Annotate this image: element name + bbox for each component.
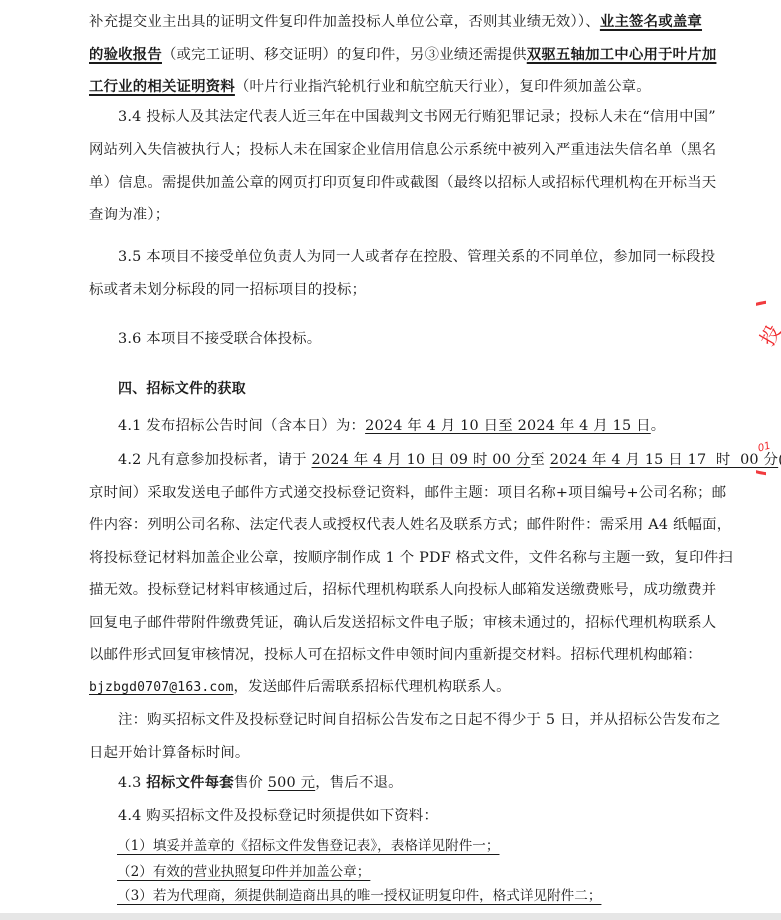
emphasis-text: 工行业的相关证明资料 (89, 78, 235, 95)
clause-4-2-line: 将投标登记材料加盖企业公章，按顺序制作成 1 个 PDF 格式文件，文件名称与主… (89, 548, 693, 568)
paragraph-line: 补充提交业主出具的证明文件复印件加盖投标人单位公章，否则其业绩无效））、业主签名… (89, 12, 693, 32)
clause-4-1-line: 4.1 发布招标公告时间（含本日）为：2024 年 4 月 10 日至 2024… (118, 416, 693, 436)
clause-3-5-line: 标或者未划分标段的同一招标项目的投标； (89, 280, 693, 300)
clause-4-2-line: 件内容：列明公司名称、法定代表人或授权代表人姓名及联系方式；邮件附件：需采用 A… (89, 515, 693, 535)
emphasis-text: 招标文件每套 (146, 774, 234, 791)
clause-4-2-line: 京时间）采取发送电子邮件方式递交投标登记资料，邮件主题：项目名称+项目编号+公司… (89, 483, 693, 503)
clause-3-6-line: 3.6 本项目不接受联合体投标。 (118, 329, 693, 349)
text: 至 (530, 452, 549, 468)
start-datetime: 2024 年 4 月 10 日 09 时 00 分 (312, 452, 531, 468)
clause-3-4-line: 单）信息。需提供加盖公章的网页打印页复印件或截图（最终以招标人或招标代理机构在开… (89, 173, 693, 193)
clause-3-4-line: 网站列入失信被执行人；投标人未在国家企业信用信息公示系统中被列入严重违法失信名单… (89, 140, 693, 160)
text: 4.1 发布招标公告时间（含本日）为： (118, 418, 365, 434)
requirement-list-item: （2）有效的营业执照复印件并加盖公章； (117, 862, 370, 882)
clause-4-4-line: 4.4 购买招标文件及投标登记时须提供如下资料： (118, 806, 693, 826)
text: （或完工证明、移交证明）的复印件，另③业绩还需提供 (162, 47, 527, 63)
emphasis-text: 业主签名或盖章 (600, 13, 702, 30)
emphasis-text: 双驱五轴加工中心用于叶片加 (527, 46, 717, 63)
section-heading: 四、招标文件的获取 (118, 379, 693, 399)
paragraph-line: 的验收报告（或完工证明、移交证明）的复印件，另③业绩还需提供双驱五轴加工中心用于… (89, 45, 693, 65)
text: 补充提交业主出具的证明文件复印件加盖投标人单位公章，否则其业绩无效））、 (89, 14, 600, 30)
document-page: 补充提交业主出具的证明文件复印件加盖投标人单位公章，否则其业绩无效））、业主签名… (0, 0, 781, 913)
email-link[interactable]: bjzbgd0707@163.com (89, 680, 233, 695)
clause-4-2-line: 4.2 凡有意参加投标者，请于 2024 年 4 月 10 日 09 时 00 … (118, 450, 693, 470)
clause-4-2-line: 以邮件形式回复审核情况，投标人可在招标文件申领时间内重新提交材料。招标代理机构邮… (89, 645, 693, 665)
note-line: 注：购买招标文件及投标登记时间自招标公告发布之日起不得少于 5 日，并从招标公告… (118, 710, 693, 730)
clause-4-2-line: 回复电子邮件带附件缴费凭证，确认后发送招标文件电子版；审核未通过的，招标代理机构… (89, 613, 693, 633)
emphasis-text: 的验收报告 (89, 46, 162, 63)
page-bottom-gutter (0, 913, 781, 920)
requirement-list-item: （3）若为代理商，须提供制造商出具的唯一授权证明复印件，格式详见附件二； (117, 886, 601, 906)
note-line: 日起开始计算备标时间。 (89, 743, 693, 763)
date-range: 2024 年 4 月 10 日至 2024 年 4 月 15 日 (365, 418, 651, 434)
clause-4-2-line: bjzbgd0707@163.com，发送邮件后需联系招标代理机构联系人。 (89, 677, 693, 698)
end-datetime: 2024 年 4 月 15 日 17 时 00 分 (550, 452, 778, 468)
clause-4-3-line: 4.3 招标文件每套售价 500 元，售后不退。 (118, 773, 693, 793)
clause-3-4-line: 查询为准）； (89, 205, 693, 225)
text: 售价 (234, 775, 268, 791)
clause-4-2-line: 描无效。投标登记材料审核通过后，招标代理机构联系人向投标人邮箱发送缴费账号，成功… (89, 580, 693, 600)
clause-3-5-line: 3.5 本项目不接受单位负责人为同一人或者存在控股、管理关系的不同单位，参加同一… (118, 247, 693, 267)
text: 。 (651, 418, 666, 434)
paragraph-line: 工行业的相关证明资料（叶片行业指汽轮机行业和航空航天行业），复印件须加盖公章。 (89, 77, 693, 97)
text: ，售后不退。 (315, 775, 403, 791)
clause-3-4-line: 3.4 投标人及其法定代表人近三年在中国裁判文书网无行贿犯罪记录；投标人未在“信… (118, 107, 693, 127)
text: 4.3 (118, 775, 146, 791)
price: 500 元 (268, 775, 315, 791)
text: 4.2 凡有意参加投标者，请于 (118, 452, 312, 468)
stamp-glyph: 投 (751, 319, 781, 351)
requirement-list-item: （1）填妥并盖章的《招标文件发售登记表》，表格详见附件一； (117, 836, 499, 856)
text: ，发送邮件后需联系招标代理机构联系人。 (233, 679, 510, 695)
text: （叶片行业指汽轮机行业和航空航天行业），复印件须加盖公章。 (235, 79, 651, 95)
